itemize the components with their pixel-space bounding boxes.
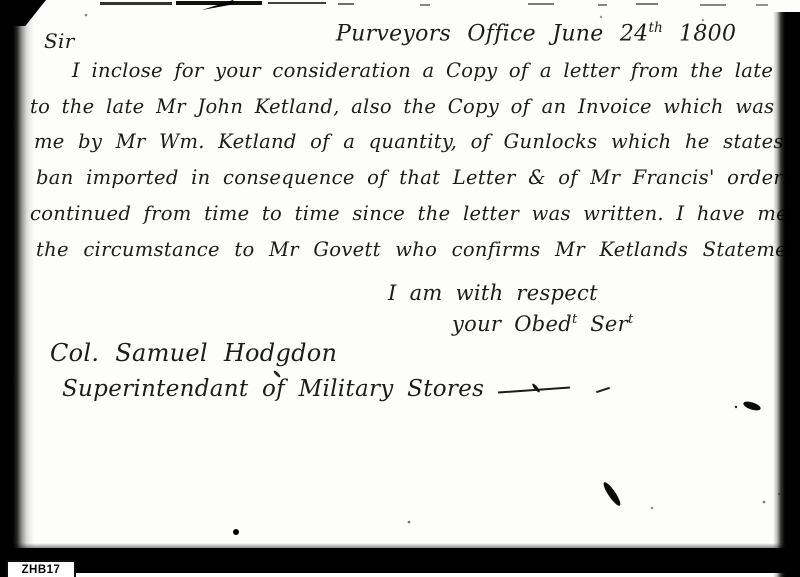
heading-date: June 24 [552,21,648,46]
scan-artifact-line [636,3,658,5]
ink-dot [233,529,239,535]
ink-speck [763,501,766,504]
salutation: Sir [44,29,75,53]
addressee-name: Col. Samuel Hodgdon [50,339,337,367]
bottom-scan-border [0,548,800,573]
scan-artifact-line [700,4,726,6]
heading-year: 1800 [679,21,736,46]
flourish-tick [596,387,610,393]
closing-line-2: your Obedt Sert [452,312,633,336]
ink-speck [651,507,653,509]
addressee-title: Superintendant of Military Stores [62,376,610,402]
ink-blot [742,400,761,412]
addressee-title-text: Superintendant of Military Stores [62,376,484,402]
closing-text: Ser [577,312,628,336]
archive-label: ZHB17 [6,560,76,577]
body-line-1: I inclose for your consideration a Copy … [72,59,800,82]
left-scan-border [0,0,34,577]
body-line-5: continued from time to time since the le… [30,202,800,225]
ink-speck [735,406,737,408]
letter-heading: Purveyors Office June 24th 1800 [336,20,736,46]
scan-artifact-line [528,3,554,5]
closing-superscript: t [628,312,633,327]
scan-artifact-line [268,2,326,4]
scan-artifact-line [420,4,430,6]
right-scan-border [773,12,800,577]
ink-speck [600,16,602,18]
ink-blot [601,480,623,507]
closing-line-1: I am with respect [388,281,598,305]
ink-speck [85,14,88,17]
flourish-dash [498,386,570,393]
scanned-letter-page: Purveyors Office June 24th 1800 Sir I in… [0,0,800,577]
scan-artifact-line [756,4,768,6]
heading-office: Purveyors Office [336,21,536,46]
scan-artifact-line [338,3,354,5]
closing-text: your Obed [452,312,572,336]
heading-ordinal: th [648,20,662,36]
scan-artifact-line [598,4,607,6]
scan-artifact-line [176,1,262,5]
scan-artifact-line [100,2,172,5]
left-scan-border-corner [0,0,46,26]
ink-speck [408,521,411,524]
body-line-4: ban imported in consequence of that Lett… [36,166,800,189]
body-line-6: the circumstance to Mr Govett who confir… [36,238,800,261]
body-line-2: to the late Mr John Ketland, also the Co… [30,95,800,118]
body-line-3: me by Mr Wm. Ketland of a quantity, of G… [34,130,800,153]
